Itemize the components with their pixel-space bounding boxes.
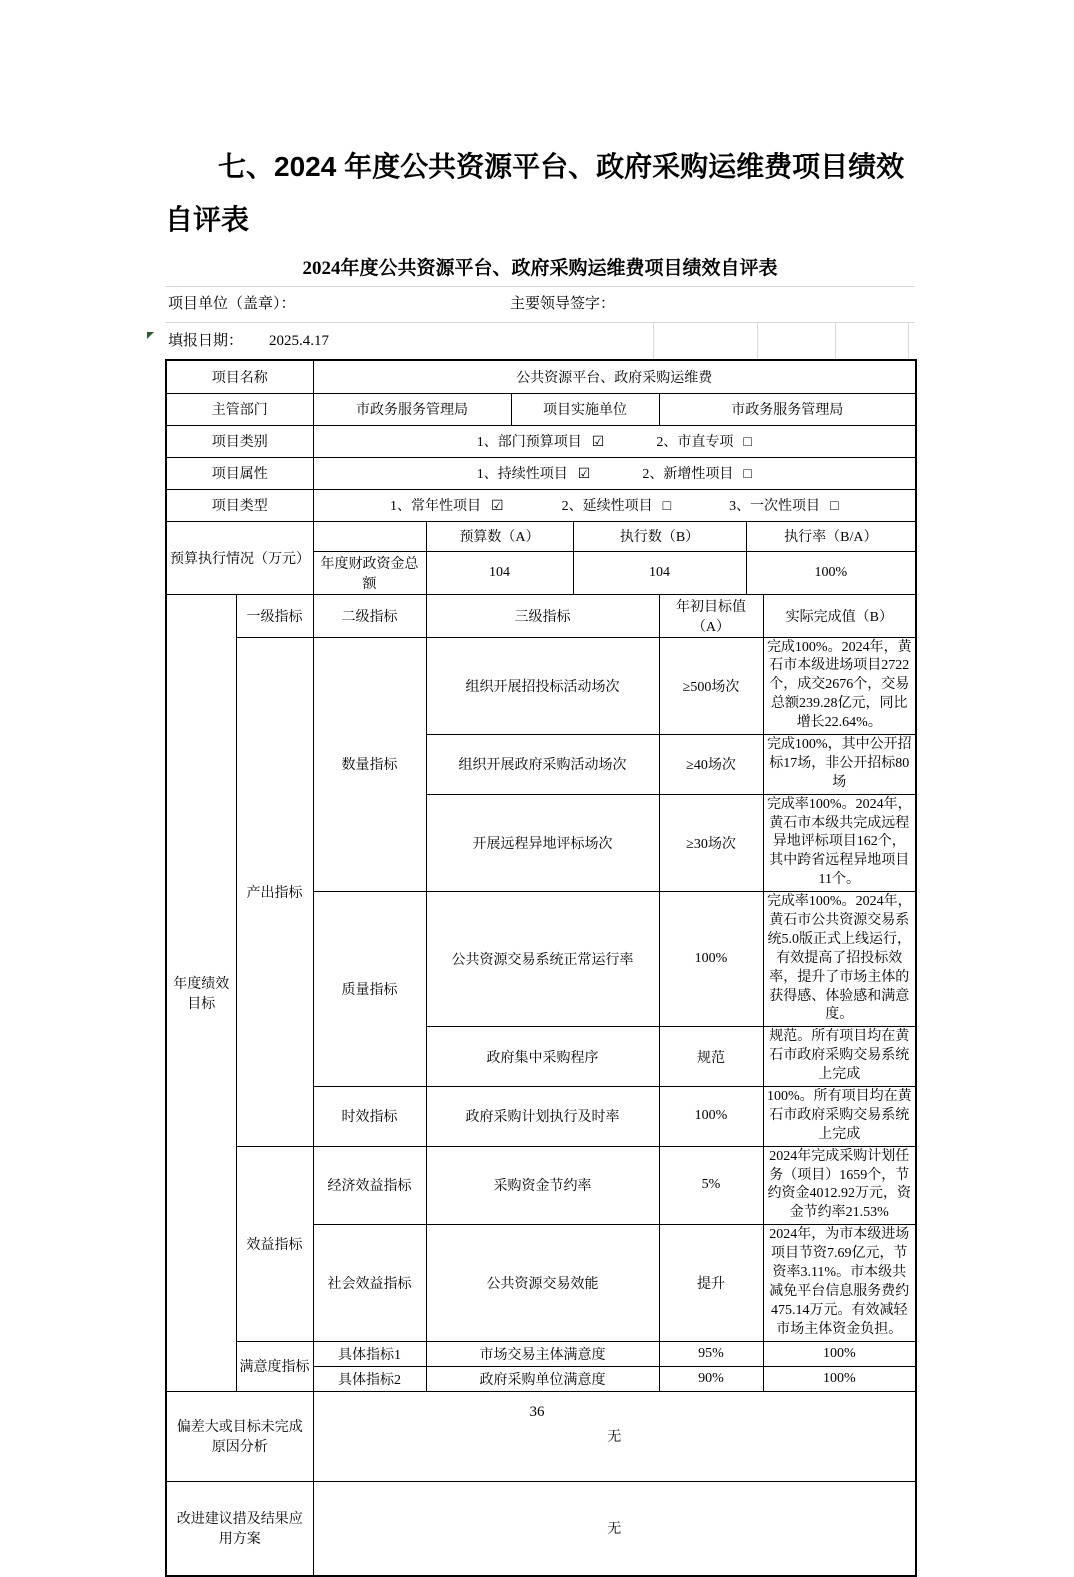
- table-row: 预算执行情况（万元） 预算数（A） 执行数（B） 执行率（B/A）: [166, 521, 916, 551]
- self-evaluation-sheet: 2024年度公共资源平台、政府采购运维费项目绩效自评表 项目单位（盖章）： 主要…: [165, 252, 915, 1577]
- checked-checkbox-icon: ☑: [592, 435, 605, 450]
- report-date-label: 填报日期：: [168, 333, 243, 349]
- type-option-2: 2、延续性项目□: [562, 499, 671, 514]
- rate-value: 100%: [746, 551, 916, 594]
- unit-seal-label: 项目单位（盖章）：: [168, 287, 296, 322]
- indicator-name: 采购资金节约率: [426, 1146, 659, 1225]
- indicator-target: 100%: [659, 892, 763, 1027]
- dept-label: 主管部门: [166, 393, 313, 425]
- level1-benefit: 效益指标: [236, 1146, 313, 1341]
- grid-line: [908, 323, 909, 359]
- indicator-target: 95%: [659, 1341, 763, 1366]
- indicator-name: 公共资源交易系统正常运行率: [426, 892, 659, 1027]
- target-header: 年初目标值（A）: [659, 594, 763, 637]
- table-row: 项目名称 公共资源平台、政府采购运维费: [166, 360, 916, 393]
- indicator-actual: 2024年完成采购计划任务（项目）1659个，节约资金4012.92万元，资金节…: [763, 1146, 916, 1225]
- budget-section-label: 预算执行情况（万元）: [166, 521, 313, 594]
- grid-line: [757, 323, 758, 359]
- sheet-title: 2024年度公共资源平台、政府采购运维费项目绩效自评表: [165, 252, 915, 287]
- type-option-1: 1、常年性项目☑: [390, 499, 504, 514]
- indicator-target: ≥30场次: [659, 794, 763, 891]
- table-row: 项目类别 1、部门预算项目☑2、市直专项□: [166, 425, 916, 457]
- grid-line: [653, 323, 654, 359]
- indicator-target: ≥40场次: [659, 734, 763, 794]
- project-name-label: 项目名称: [166, 360, 313, 393]
- document-heading: 七、2024 年度公共资源平台、政府采购运维费项目绩效 自评表: [165, 140, 935, 246]
- level2-specific2: 具体指标2: [313, 1366, 426, 1391]
- level2-quality: 质量指标: [313, 892, 426, 1087]
- performance-table: 项目名称 公共资源平台、政府采购运维费 主管部门 市政务服务管理局 项目实施单位…: [165, 359, 917, 1577]
- table-row: 项目属性 1、持续性项目☑2、新增性项目□: [166, 457, 916, 489]
- level2-header: 二级指标: [313, 594, 426, 637]
- level2-quantity: 数量指标: [313, 637, 426, 892]
- attribute-option-2: 2、新增性项目□: [642, 467, 751, 482]
- level2-economic: 经济效益指标: [313, 1146, 426, 1225]
- impl-unit-value: 市政务服务管理局: [659, 393, 916, 425]
- empty-cell: [313, 521, 426, 551]
- rate-col-header: 执行率（B/A）: [746, 521, 916, 551]
- indicator-name: 政府采购单位满意度: [426, 1366, 659, 1391]
- indicator-name: 政府集中采购程序: [426, 1027, 659, 1087]
- type-options: 1、常年性项目☑2、延续性项目□3、一次性项目□: [313, 489, 916, 521]
- indicator-target: ≥500场次: [659, 637, 763, 734]
- indicator-actual: 完成100%，其中公开招标17场，非公开招标80场: [763, 734, 916, 794]
- exec-col-header: 执行数（B）: [573, 521, 746, 551]
- report-date-row: 填报日期：2025.4.17: [165, 323, 915, 359]
- impl-unit-label: 项目实施单位: [511, 393, 659, 425]
- indicator-target: 5%: [659, 1146, 763, 1225]
- dept-value: 市政务服务管理局: [313, 393, 511, 425]
- attribute-options: 1、持续性项目☑2、新增性项目□: [313, 457, 916, 489]
- table-row: 产出指标 数量指标 组织开展招投标活动场次 ≥500场次 完成100%。2024…: [166, 637, 916, 734]
- unchecked-checkbox-icon: □: [743, 467, 751, 482]
- table-row: 年度绩效目标 一级指标 二级指标 三级指标 年初目标值（A） 实际完成值（B）: [166, 594, 916, 637]
- level3-header: 三级指标: [426, 594, 659, 637]
- page-number: 36: [0, 1404, 1074, 1421]
- improvement-plan-value: 无: [313, 1481, 916, 1576]
- actual-header: 实际完成值（B）: [763, 594, 916, 637]
- indicator-actual: 完成100%。2024年，黄石市本级进场项目2722个，成交2676个，交易总额…: [763, 637, 916, 734]
- exec-value: 104: [573, 551, 746, 594]
- annual-fund-label: 年度财政资金总额: [313, 551, 426, 594]
- budget-value: 104: [426, 551, 573, 594]
- budget-col-header: 预算数（A）: [426, 521, 573, 551]
- indicator-target: 提升: [659, 1225, 763, 1341]
- indicator-actual: 完成率100%。2024年，黄石市公共资源交易系统5.0版正式上线运行，有效提高…: [763, 892, 916, 1027]
- checked-checkbox-icon: ☑: [578, 467, 591, 482]
- indicator-actual: 完成率100%。2024年，黄石市本级共完成远程异地评标项目162个，其中跨省远…: [763, 794, 916, 891]
- attribute-label: 项目属性: [166, 457, 313, 489]
- indicator-name: 组织开展政府采购活动场次: [426, 734, 659, 794]
- indicator-actual: 2024年，为市本级进场项目节资7.69亿元，节资率3.11%。市本级共减免平台…: [763, 1225, 916, 1341]
- indicator-actual: 100%。所有项目均在黄石市政府采购交易系统上完成: [763, 1086, 916, 1146]
- grid-line: [835, 323, 836, 359]
- indicator-name: 政府采购计划执行及时率: [426, 1086, 659, 1146]
- category-option-1: 1、部门预算项目☑: [477, 435, 605, 450]
- indicator-actual: 100%: [763, 1341, 916, 1366]
- checked-checkbox-icon: ☑: [491, 499, 504, 514]
- signature-row: 项目单位（盖章）： 主要领导签字：: [165, 287, 915, 323]
- level2-social: 社会效益指标: [313, 1225, 426, 1341]
- attribute-option-1: 1、持续性项目☑: [477, 467, 591, 482]
- project-name-value: 公共资源平台、政府采购运维费: [313, 360, 916, 393]
- table-row: 效益指标 经济效益指标 采购资金节约率 5% 2024年完成采购计划任务（项目）…: [166, 1146, 916, 1225]
- level2-timeliness: 时效指标: [313, 1086, 426, 1146]
- category-options: 1、部门预算项目☑2、市直专项□: [313, 425, 916, 457]
- report-date-value: 2025.4.17: [269, 333, 329, 349]
- unchecked-checkbox-icon: □: [663, 499, 671, 514]
- indicator-actual: 100%: [763, 1366, 916, 1391]
- indicator-actual: 规范。所有项目均在黄石市政府采购交易系统上完成: [763, 1027, 916, 1087]
- table-row: 主管部门 市政务服务管理局 项目实施单位 市政务服务管理局: [166, 393, 916, 425]
- level1-output: 产出指标: [236, 637, 313, 1146]
- indicator-name: 市场交易主体满意度: [426, 1341, 659, 1366]
- category-option-2: 2、市直专项□: [656, 435, 751, 450]
- heading-line1: 七、2024 年度公共资源平台、政府采购运维费项目绩效: [165, 140, 935, 193]
- level1-satisfaction: 满意度指标: [236, 1341, 313, 1391]
- indicator-target: 90%: [659, 1366, 763, 1391]
- indicator-name: 组织开展招投标活动场次: [426, 637, 659, 734]
- type-label: 项目类型: [166, 489, 313, 521]
- unchecked-checkbox-icon: □: [830, 499, 838, 514]
- improvement-plan-label: 改进建议措及结果应用方案: [166, 1481, 313, 1576]
- table-row: 项目类型 1、常年性项目☑2、延续性项目□3、一次性项目□: [166, 489, 916, 521]
- leader-signature-label: 主要领导签字：: [510, 287, 615, 322]
- annual-goal-section-label: 年度绩效目标: [166, 594, 236, 1391]
- category-label: 项目类别: [166, 425, 313, 457]
- type-option-3: 3、一次性项目□: [729, 499, 838, 514]
- indicator-target: 100%: [659, 1086, 763, 1146]
- indicator-name: 公共资源交易效能: [426, 1225, 659, 1341]
- table-row: 满意度指标 具体指标1 市场交易主体满意度 95% 100%: [166, 1341, 916, 1366]
- level1-header: 一级指标: [236, 594, 313, 637]
- table-row: 改进建议措及结果应用方案 无: [166, 1481, 916, 1576]
- cell-corner-marker: [147, 332, 154, 339]
- indicator-name: 开展远程异地评标场次: [426, 794, 659, 891]
- indicator-target: 规范: [659, 1027, 763, 1087]
- unchecked-checkbox-icon: □: [743, 435, 751, 450]
- heading-line2: 自评表: [165, 193, 935, 246]
- level2-specific1: 具体指标1: [313, 1341, 426, 1366]
